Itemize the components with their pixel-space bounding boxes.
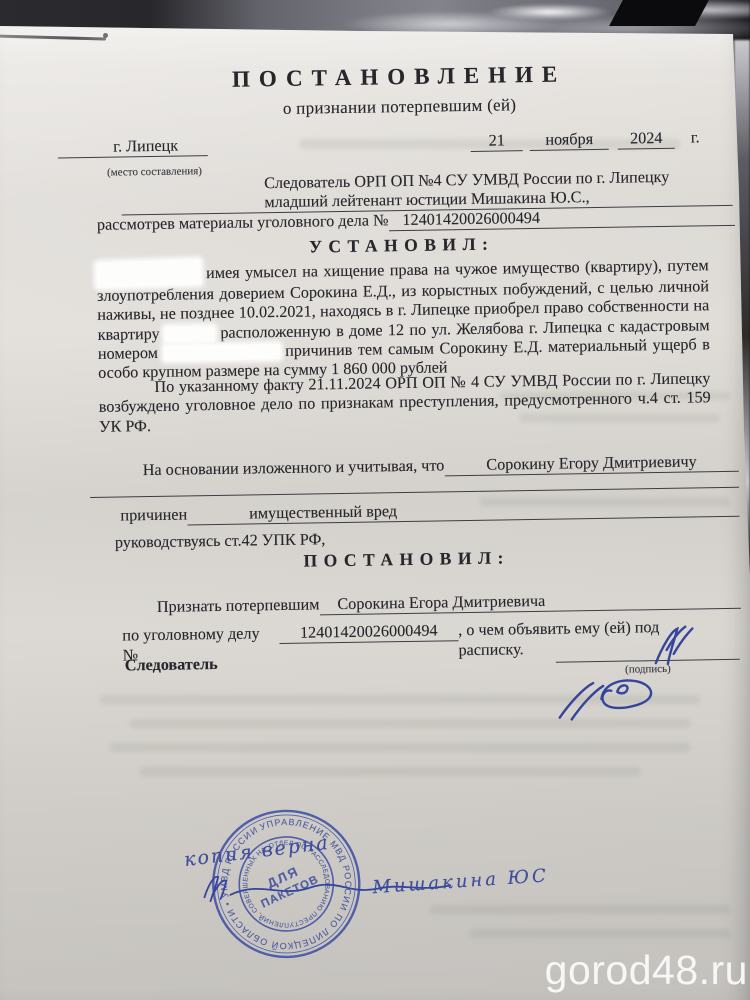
harm-label: причинен	[120, 504, 187, 525]
harm-value-field: имущественный вред	[187, 496, 740, 526]
case-number-field-2: 12401420026000494	[279, 620, 458, 644]
document-paper: ПОСТАНОВЛЕНИЕ о признании потерпевшим (е…	[0, 0, 750, 1000]
document-subtitle: о признании потерпевшим (ей)	[92, 92, 707, 122]
spacer	[208, 146, 471, 150]
place-field: г. Липецк	[58, 135, 208, 158]
document-title: ПОСТАНОВЛЕНИЕ	[91, 59, 706, 95]
desk-shadow-notch	[609, 0, 709, 26]
date-day-field: 21	[471, 130, 523, 152]
case-number-field: 12401420026000494	[388, 205, 735, 231]
date-month-field: ноября	[530, 129, 609, 151]
redaction-box	[165, 326, 215, 342]
photo-scene: ПОСТАНОВЛЕНИЕ о признании потерпевшим (е…	[0, 0, 750, 1000]
case-review-label: рассмотрев материалы уголовного дела №	[97, 210, 389, 235]
investigator-label: Следователь	[125, 654, 218, 675]
harm-row: причинен имущественный вред	[98, 496, 713, 527]
date-year-field: 2024	[618, 128, 675, 150]
redaction-box	[96, 259, 201, 287]
date-suffix: г.	[691, 127, 700, 147]
signature-stroke	[647, 622, 708, 667]
paragraph-case-opened: По указанному факту 21.11.2024 ОРП ОП № …	[98, 369, 711, 436]
redaction-box	[163, 344, 279, 361]
document-content: ПОСТАНОВЛЕНИЕ о признании потерпевшим (е…	[90, 0, 721, 1000]
recognize-label: Признать потерпевшим	[157, 594, 320, 617]
victim-name-field-2: Сорокина Егора Дмитриевича	[319, 588, 741, 616]
signature-block: (подпись)	[555, 628, 740, 677]
place-date-row: г. Липецк 21 ноября 2024 г.	[93, 127, 708, 158]
second-signature-stroke	[553, 674, 664, 726]
watermark: gorod48.ru	[545, 947, 748, 994]
paragraph-facts: имея умысел на хищение права на чужое им…	[96, 252, 710, 383]
recognize-row: Признать потерпевшим Сорокина Егора Дмит…	[100, 588, 715, 619]
